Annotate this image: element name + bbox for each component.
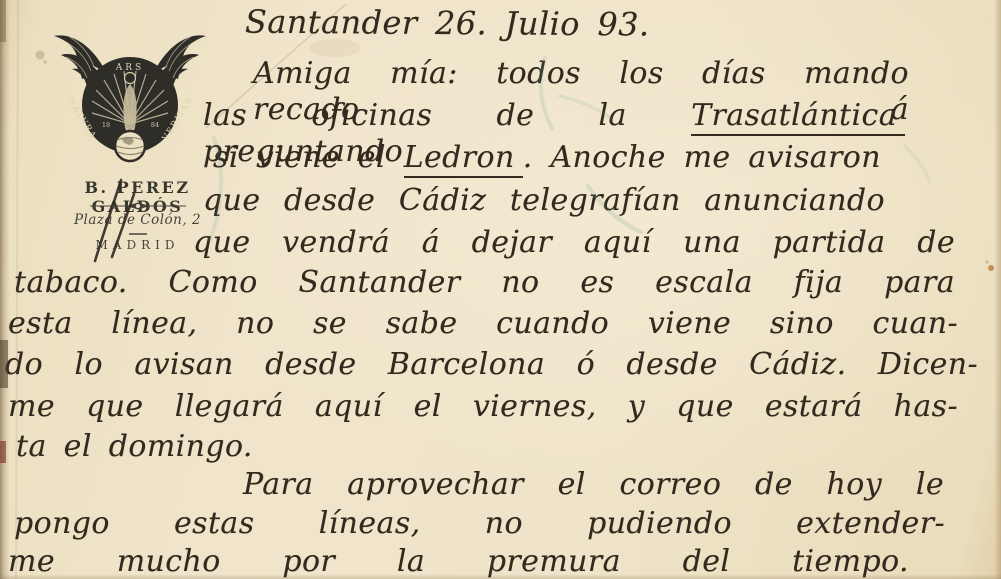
handwriting-line: tabaco. Como Santander no es escala fija… [14, 265, 955, 301]
scan-edge-right [994, 0, 1001, 579]
seal-year-right: 84 [151, 121, 159, 129]
line3-pre: las oficinas de la [203, 98, 691, 133]
handwriting-line: esta línea, no se sabe cuando viene sino… [8, 306, 958, 342]
letterhead-dash [129, 233, 147, 235]
handwriting-line: que vendrá á dejar aquí una partida de [193, 225, 955, 261]
handwriting-line: pongo estas líneas, no pudiendo extender… [14, 506, 945, 542]
letter-page: ARS NATVRA VERITAS 18 84 B. PEREZ GALDÓS… [0, 0, 1001, 579]
line4-pre: si viene el [213, 140, 404, 175]
seal-figure-head [125, 73, 136, 84]
handwriting-line: Para aprovechar el correo de hoy le [243, 467, 944, 503]
underlined-word-trasatlantica: Trasatlántica [691, 98, 905, 136]
winged-seal-icon: ARS NATVRA VERITAS 18 84 [48, 28, 218, 168]
handwriting-line: me que llegará aquí el viernes, y que es… [8, 389, 958, 425]
underlined-word-ship-name: Ledron [404, 140, 523, 178]
handwriting-line: me mucho por la premura del tiempo. [8, 544, 909, 579]
handwriting-dateline: Santander 26. Julio 93. [245, 4, 637, 43]
scan-edge-left [0, 0, 10, 579]
handwriting-line: que desde Cádiz telegrafían anunciando [203, 183, 885, 219]
handwriting-line: do lo avisan desde Barcelona ó desde Cád… [5, 347, 978, 383]
line4-post: . Anoche me avisaron [523, 140, 881, 175]
seal-globe [115, 131, 145, 161]
ornament-rule-icon [88, 200, 188, 212]
handwriting-line: ta el domingo. [16, 429, 253, 465]
handwriting-line: si viene el Ledron. Anoche me avisaron [213, 140, 881, 176]
seal-year-left: 18 [102, 121, 110, 129]
motto-ars: ARS [115, 63, 144, 73]
